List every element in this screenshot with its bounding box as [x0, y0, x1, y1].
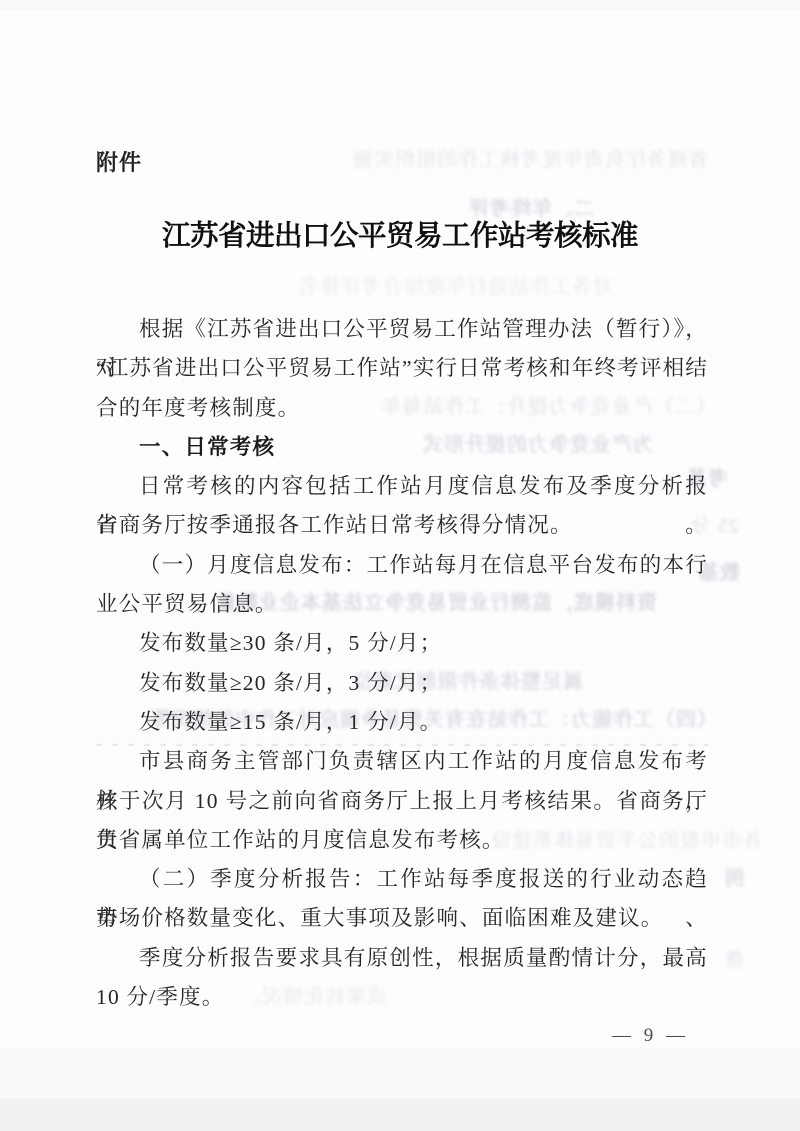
text-line: 发布数量≥30 条/月，5 分/月； — [96, 624, 708, 663]
bleedthrough-text: 费 — [724, 950, 745, 972]
text-line: 市场价格数量变化、重大事项及影响、面临困难及建议。 — [96, 899, 708, 938]
scan-top-edge-line — [0, 9, 800, 10]
text-line: （一）月度信息发布：工作站每月在信息平台发布的本行 — [96, 546, 708, 585]
text-line: 季度分析报告要求具有原创性，根据质量酌情计分，最高 — [96, 939, 708, 978]
bleedthrough-text: 省商务厅负责年度考核工作的组织实施 — [352, 149, 709, 171]
text-line: 并于次月 10 号之前向省商务厅上报上月考核结果。省商务厅负 — [96, 782, 708, 821]
scan-bottom-band-dark — [0, 1099, 800, 1131]
text-line: 业公平贸易信息。 — [96, 585, 708, 624]
scan-bottom-band-light — [0, 1049, 800, 1099]
scanned-document-page: { "document": { "attachment_label": "附件"… — [0, 0, 800, 1131]
text-line: 根据《江苏省进出口公平贸易工作站管理办法（暂行）》，对 — [96, 310, 708, 349]
bleedthrough-text: 例 — [724, 868, 745, 890]
scan-top-band — [0, 0, 800, 9]
page-number: — 9 — — [612, 1024, 687, 1048]
text-line: 发布数量≥20 条/月，3 分/月； — [96, 664, 708, 703]
text-line: 责省属单位工作站的月度信息发布考核。 — [96, 821, 708, 860]
text-line: （二）季度分析报告：工作站每季度报送的行业动态趋势、 — [96, 860, 708, 899]
document-title: 江苏省进出口公平贸易工作站考核标准 — [0, 220, 800, 254]
attachment-label: 附件 — [96, 150, 142, 176]
text-line: 日常考核的内容包括工作站月度信息发布及季度分析报告。 — [96, 467, 708, 506]
text-line: 发布数量≥15 条/月，1 分/月。 — [96, 703, 708, 742]
bleedthrough-text: 二、年终考评 — [468, 198, 594, 220]
text-line: “江苏省进出口公平贸易工作站”实行日常考核和年终考评相结 — [96, 349, 708, 388]
text-line: 市县商务主管部门负责辖区内工作站的月度信息发布考核， — [96, 742, 708, 781]
section-heading: 一、日常考核 — [96, 428, 708, 467]
bleedthrough-text: 对各工作站进行年度综合考评排名 — [298, 276, 613, 298]
text-line: 合的年度考核制度。 — [96, 389, 708, 428]
document-body: 根据《江苏省进出口公平贸易工作站管理办法（暂行）》，对 “江苏省进出口公平贸易工… — [96, 310, 708, 1017]
text-line: 10 分/季度。 — [96, 978, 708, 1017]
